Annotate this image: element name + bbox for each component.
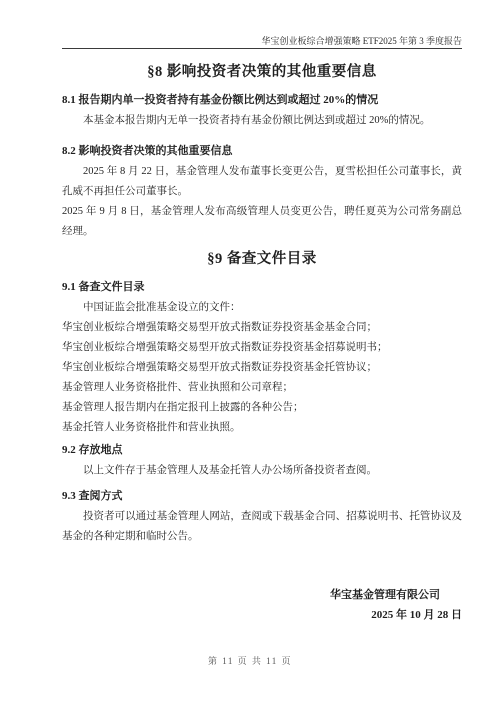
signature-block: 华宝基金管理有限公司 2025 年 10 月 28 日 (62, 585, 462, 625)
page-header: 华宝创业板综合增强策略 ETF2025 年第 3 季度报告 (62, 36, 462, 49)
section-9-title: §9 备查文件目录 (62, 251, 462, 267)
para-8-2-second: 2025 年 9 月 8 日，基金管理人发布高级管理人员变更公告，聘任夏英为公司… (62, 202, 462, 242)
document-list-item: 华宝创业板综合增强策略交易型开放式指数证券投资基金托管协议； (62, 358, 462, 378)
header-report-title: 华宝创业板综合增强策略 ETF2025 年第 3 季度报告 (261, 36, 462, 46)
heading-9-2: 9.2 存放地点 (62, 444, 462, 457)
document-list-item: 华宝创业板综合增强策略交易型开放式指数证券投资基金基金合同； (62, 318, 462, 338)
document-list-item: 基金管理人报告期内在指定报刊上披露的各种公告； (62, 398, 462, 418)
heading-9-3: 9.3 查阅方式 (62, 490, 462, 503)
signature-date: 2025 年 10 月 28 日 (62, 605, 462, 625)
report-page: 华宝创业板综合增强策略 ETF2025 年第 3 季度报告 §8 影响投资者决策… (0, 0, 500, 707)
signature-company: 华宝基金管理有限公司 (62, 585, 462, 605)
para-8-2-first: 2025 年 8 月 22 日，基金管理人发布董事长变更公告，夏雪松担任公司董事… (62, 162, 462, 202)
para-9-2-body: 以上文件存于基金管理人及基金托管人办公场所备投资者查阅。 (62, 461, 462, 481)
heading-8-2: 8.2 影响投资者决策的其他重要信息 (62, 145, 462, 158)
para-9-3-body: 投资者可以通过基金管理人网站，查阅或下载基金合同、招募说明书、托管协议及基金的各… (62, 507, 462, 547)
para-9-1-intro: 中国证监会批准基金设立的文件： (62, 298, 462, 318)
section-8-title: §8 影响投资者决策的其他重要信息 (62, 64, 462, 80)
para-8-1-body: 本基金本报告期内无单一投资者持有基金份额比例达到或超过 20%的情况。 (62, 111, 462, 131)
document-list-item: 基金托管人业务资格批件和营业执照。 (62, 418, 462, 438)
document-list-item: 基金管理人业务资格批件、营业执照和公司章程； (62, 378, 462, 398)
page-footer: 第 11 页 共 11 页 (0, 656, 500, 667)
heading-9-1: 9.1 备查文件目录 (62, 281, 462, 294)
page-content: 华宝创业板综合增强策略 ETF2025 年第 3 季度报告 §8 影响投资者决策… (0, 0, 500, 625)
document-list-item: 华宝创业板综合增强策略交易型开放式指数证券投资基金招募说明书； (62, 338, 462, 358)
heading-8-1: 8.1 报告期内单一投资者持有基金份额比例达到或超过 20%的情况 (62, 94, 462, 107)
